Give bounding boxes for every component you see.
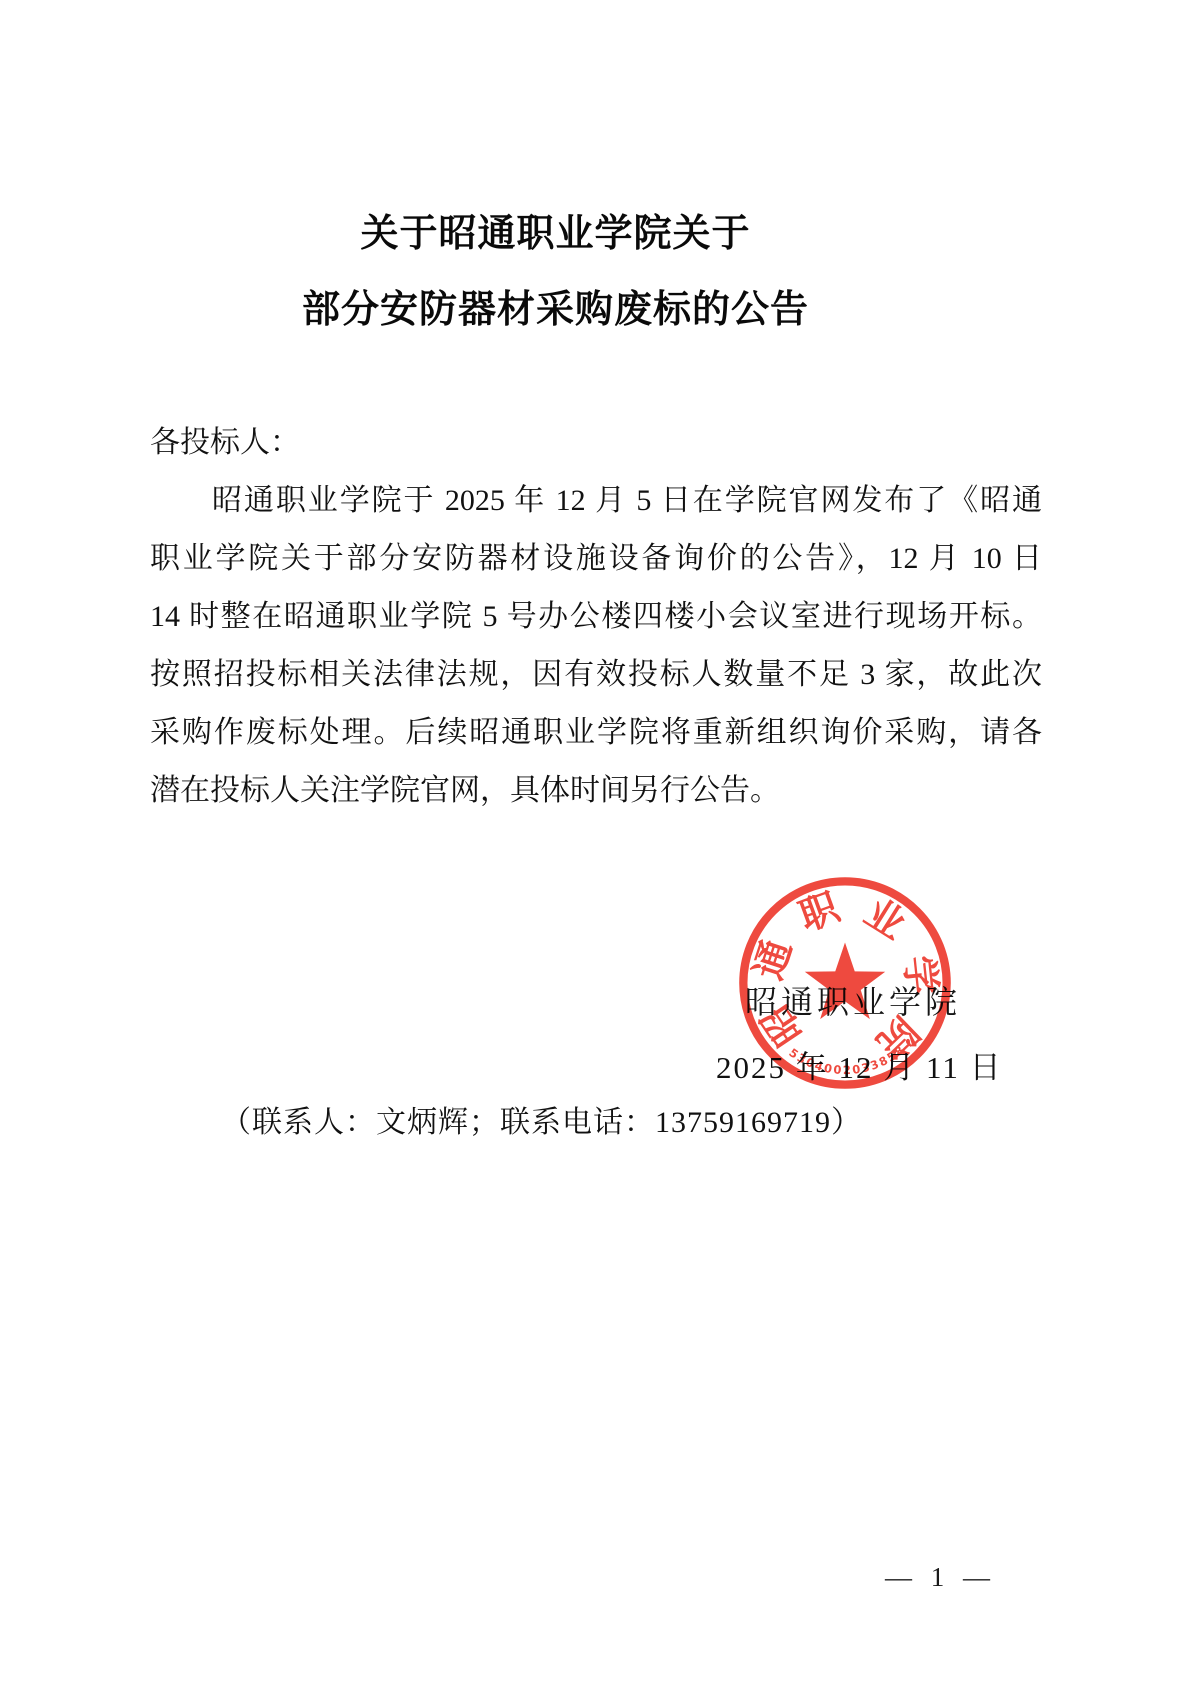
page-number: — 1 —: [885, 1562, 996, 1593]
signature-date: 2025 年 12 月 11 日: [716, 1042, 1003, 1087]
title-line-2: 部分安防器材采购废标的公告: [0, 272, 1111, 348]
body-line: 潜在投标人关注学院官网，具体时间另行公告。: [150, 762, 1042, 820]
document-body: 各投标人： 昭通职业学院于 2025 年 12 月 5 日在学院官网发布了《昭通…: [150, 414, 1042, 820]
title-line-1: 关于昭通职业学院关于: [0, 196, 1111, 272]
seal-arc-char: 业: [857, 892, 912, 948]
contact-line: （联系人：文炳辉；联系电话：13759169719）: [221, 1097, 862, 1141]
body-line: 按照招投标相关法律法规，因有效投标人数量不足 3 家，故此次: [150, 646, 1042, 704]
salutation: 各投标人：: [150, 414, 1042, 472]
document-title: 关于昭通职业学院关于 部分安防器材采购废标的公告: [0, 196, 1191, 348]
body-line: 职业学院关于部分安防器材设施设备询价的公告》，12 月 10 日: [150, 530, 1042, 588]
seal-arc-char: 职: [794, 885, 846, 939]
body-line: 采购作废标处理。后续昭通职业学院将重新组织询价采购，请各: [150, 704, 1042, 762]
document-page: 关于昭通职业学院关于 部分安防器材采购废标的公告 各投标人： 昭通职业学院于 2…: [0, 0, 1191, 1684]
body-line: 14 时整在昭通职业学院 5 号办公楼四楼小会议室进行现场开标。: [150, 588, 1042, 646]
body-line: 昭通职业学院于 2025 年 12 月 5 日在学院官网发布了《昭通: [150, 472, 1042, 530]
signature-organization: 昭通职业学院: [745, 977, 961, 1023]
